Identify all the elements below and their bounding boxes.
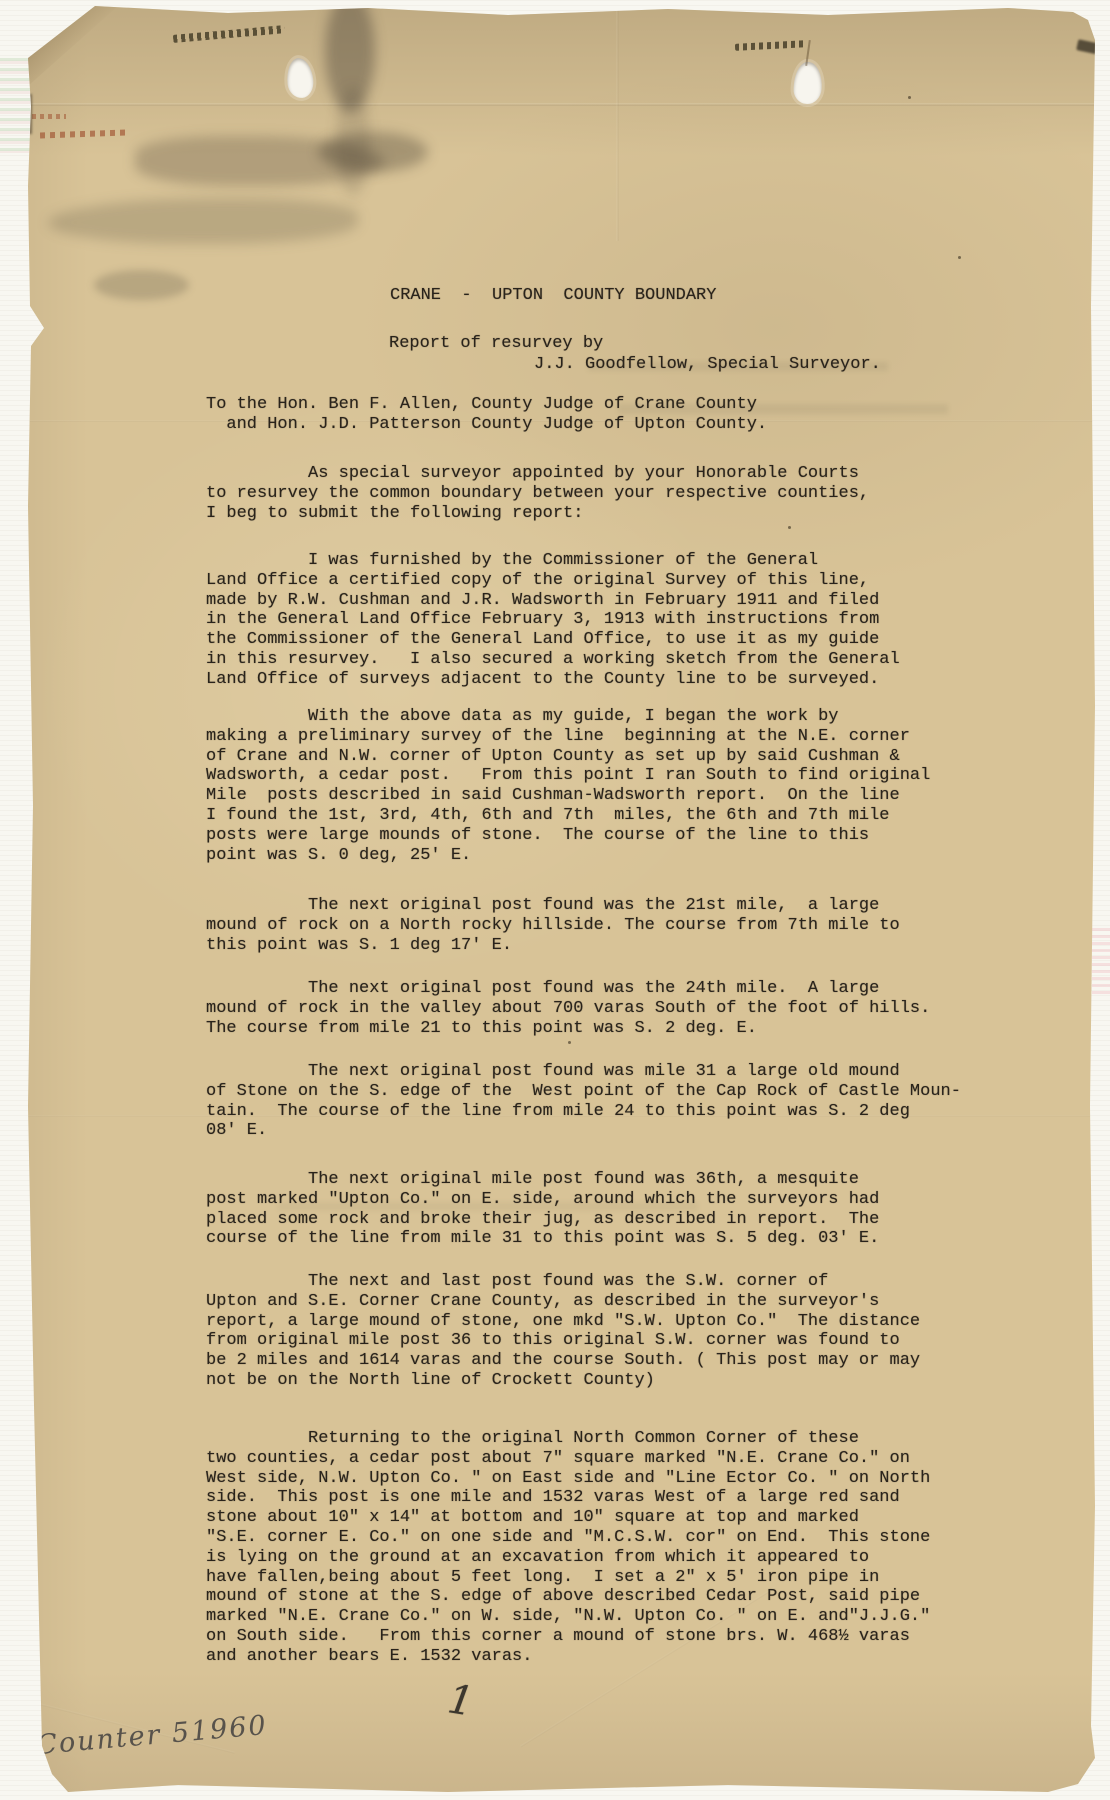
paragraph-2: I was furnished by the Commissioner of t… — [206, 551, 900, 690]
red-ink-mark — [40, 130, 126, 139]
paragraph-6: The next original post found was mile 31… — [206, 1062, 961, 1141]
ink-stitch-mark — [173, 25, 285, 43]
ink-smudge — [318, 132, 428, 172]
handwritten-page-number: 1 — [445, 1676, 477, 1725]
paper-speck — [568, 1041, 571, 1044]
paragraph-8: The next and last post found was the S.W… — [206, 1272, 920, 1391]
crease-line — [616, 6, 619, 241]
document-title: CRANE - UPTON COUNTY BOUNDARY — [390, 286, 716, 306]
red-ink-mark — [32, 114, 66, 119]
scanner-color-band-left — [0, 58, 30, 153]
ink-mark-top-right — [1076, 39, 1106, 56]
paragraph-3: With the above data as my guide, I began… — [206, 707, 930, 865]
ink-smudge — [135, 136, 385, 186]
paper-sheet: CRANE - UPTON COUNTY BOUNDARY Report of … — [28, 6, 1095, 1792]
paragraph-9: Returning to the original North Common C… — [206, 1429, 930, 1667]
torn-corner-shadow — [28, 6, 118, 86]
paragraph-4: The next original post found was the 21s… — [206, 896, 900, 955]
paper-speck — [908, 96, 911, 99]
crease-line — [28, 103, 1095, 106]
paper-speck — [788, 526, 791, 529]
ink-mark-left-edge — [27, 94, 32, 134]
paper-speck — [958, 256, 961, 259]
byline-surveyor: J.J. Goodfellow, Special Surveyor. — [534, 355, 881, 375]
paragraph-1: As special surveyor appointed by your Ho… — [206, 464, 869, 523]
paragraph-7: The next original mile post found was 36… — [206, 1170, 879, 1249]
ink-smudge — [336, 86, 370, 196]
scanner-color-band-right — [1092, 928, 1110, 998]
handwritten-archive-note: Counter 51960 — [35, 1710, 269, 1761]
punch-hole-left — [285, 57, 315, 99]
punch-hole-right — [793, 61, 824, 105]
scanned-document-page: CRANE - UPTON COUNTY BOUNDARY Report of … — [0, 0, 1110, 1800]
byline-report: Report of resurvey by — [389, 334, 603, 354]
ink-smudge — [325, 0, 375, 112]
pencil-smudge — [94, 270, 189, 300]
ink-stitch-mark — [735, 40, 807, 51]
ink-smudge — [48, 198, 358, 244]
salutation: To the Hon. Ben F. Allen, County Judge o… — [206, 395, 767, 435]
paragraph-5: The next original post found was the 24t… — [206, 979, 930, 1038]
